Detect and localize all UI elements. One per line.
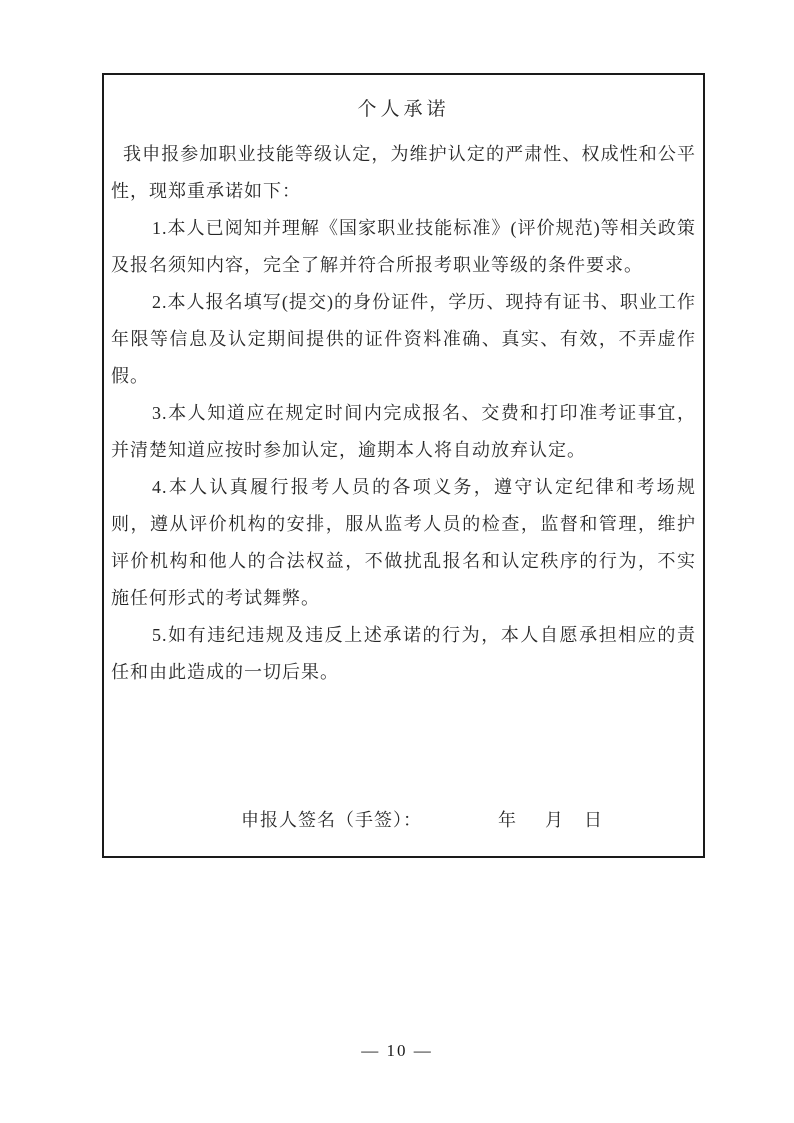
commitment-form-box: 个人承诺 我申报参加职业技能等级认定，为维护认定的严肃性、权成性和公平性，现郑重… [102,73,705,858]
document-page: 个人承诺 我申报参加职业技能等级认定，为维护认定的严肃性、权成性和公平性，现郑重… [0,0,794,1123]
signature-label: 申报人签名（手签）： [241,802,422,839]
commitment-item-3: 3.本人知道应在规定时间内完成报名、交费和打印准考证事宜，并清楚知道应按时参加认… [111,395,696,469]
commitment-item-1: 1.本人已阅知并理解《国家职业技能标准》(评价规范)等相关政策及报名须知内容，完… [111,210,696,284]
date-year-label: 年 [498,802,517,839]
form-title: 个人承诺 [111,91,696,128]
commitment-item-4: 4.本人认真履行报考人员的各项义务，遵守认定纪律和考场规则，遵从评价机构的安排，… [111,469,696,617]
date-day-label: 日 [584,802,603,839]
commitment-item-5: 5.如有违纪违规及违反上述承诺的行为，本人自愿承担相应的责任和由此造成的一切后果… [111,617,696,691]
intro-paragraph: 我申报参加职业技能等级认定，为维护认定的严肃性、权成性和公平性，现郑重承诺如下： [111,136,696,210]
signature-row: 申报人签名（手签）： 年 月 日 [111,802,696,839]
date-month-label: 月 [545,802,564,839]
page-number: — 10 — [0,1041,794,1061]
commitment-item-2: 2.本人报名填写(提交)的身份证件，学历、现持有证书、职业工作年限等信息及认定期… [111,284,696,395]
